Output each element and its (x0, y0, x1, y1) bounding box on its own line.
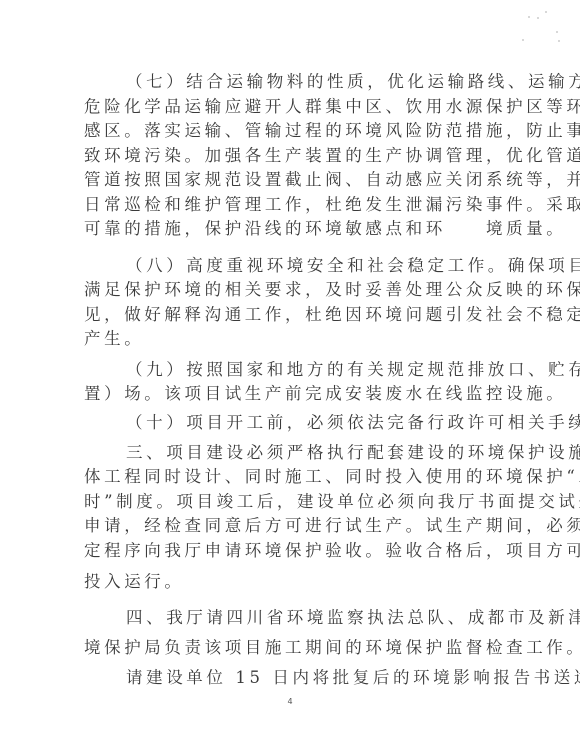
paragraph-line: （十）项目开工前，必须依法完备行政许可相关手续。 (126, 411, 504, 435)
paragraph-line: 致环境污染。加强各生产装置的生产协调管理，优化管道选线， (84, 144, 504, 168)
paragraph-line: 置）场。该项目试生产前完成安装废水在线监控设施。 (84, 382, 504, 406)
paragraph-line: 申请，经检查同意后方可进行试生产。试生产期间，必须按规 (84, 514, 504, 538)
paragraph-line: 定程序向我厅申请环境保护验收。验收合格后，项目方可正式 (84, 539, 504, 563)
paragraph-line: 三、项目建设必须严格执行配套建设的环境保护设施与主 (126, 441, 504, 465)
paragraph-line: （九）按照国家和地方的有关规定规范排放口、贮存（处 (126, 358, 504, 382)
document-page: （七）结合运输物料的性质，优化运输路线、运输方案， 危险化学品运输应避开人群集中… (0, 0, 580, 750)
paragraph-line: 感区。落实运输、管输过程的环境风险防范措施，防止事故导 (84, 119, 504, 143)
scan-speck (556, 31, 558, 33)
paragraph-line: 时”制度。项目竣工后，建设单位必须向我厅书面提交试生产 (84, 490, 504, 514)
scan-speck (558, 40, 560, 42)
paragraph-line: 体工程同时设计、同时施工、同时投入使用的环境保护“三同 (84, 465, 504, 489)
scan-speck (537, 17, 539, 19)
paragraph-line: 投入运行。 (84, 570, 504, 594)
paragraph-line: 满足保护环境的相关要求，及时妥善处理公众反映的环保意 (84, 278, 504, 302)
paragraph-line: 请建设单位 15 日内将批复后的环境影响报告书送达成都 (126, 666, 504, 690)
paragraph-line: （八）高度重视环境安全和社会稳定工作。确保项目建设 (126, 254, 504, 278)
scan-speck (545, 11, 547, 13)
paragraph-line: 日常巡检和维护管理工作，杜绝发生泄漏污染事件。采取有效 (84, 193, 504, 217)
scan-speck (528, 16, 530, 18)
paragraph-line: 管道按照国家规范设置截止阀、自动感应关闭系统等，并加强 (84, 168, 504, 192)
paragraph-line: （七）结合运输物料的性质，优化运输路线、运输方案， (126, 70, 504, 94)
paragraph-line: 可靠的措施，保护沿线的环境敏感点和环 境质量。 (84, 217, 504, 241)
page-number: 4 (0, 697, 580, 706)
paragraph-line: 危险化学品运输应避开人群集中区、饮用水源保护区等环境敏 (84, 95, 504, 119)
scan-speck (522, 39, 524, 41)
paragraph-line: 产生。 (84, 327, 504, 351)
paragraph-line: 四、我厅请四川省环境监察执法总队、成都市及新津县环 (126, 606, 504, 630)
paragraph-line: 境保护局负责该项目施工期间的环境保护监督检查工作。 (84, 636, 504, 660)
paragraph-line: 见，做好解释沟通工作，杜绝因环境问题引发社会不稳定因素 (84, 303, 504, 327)
